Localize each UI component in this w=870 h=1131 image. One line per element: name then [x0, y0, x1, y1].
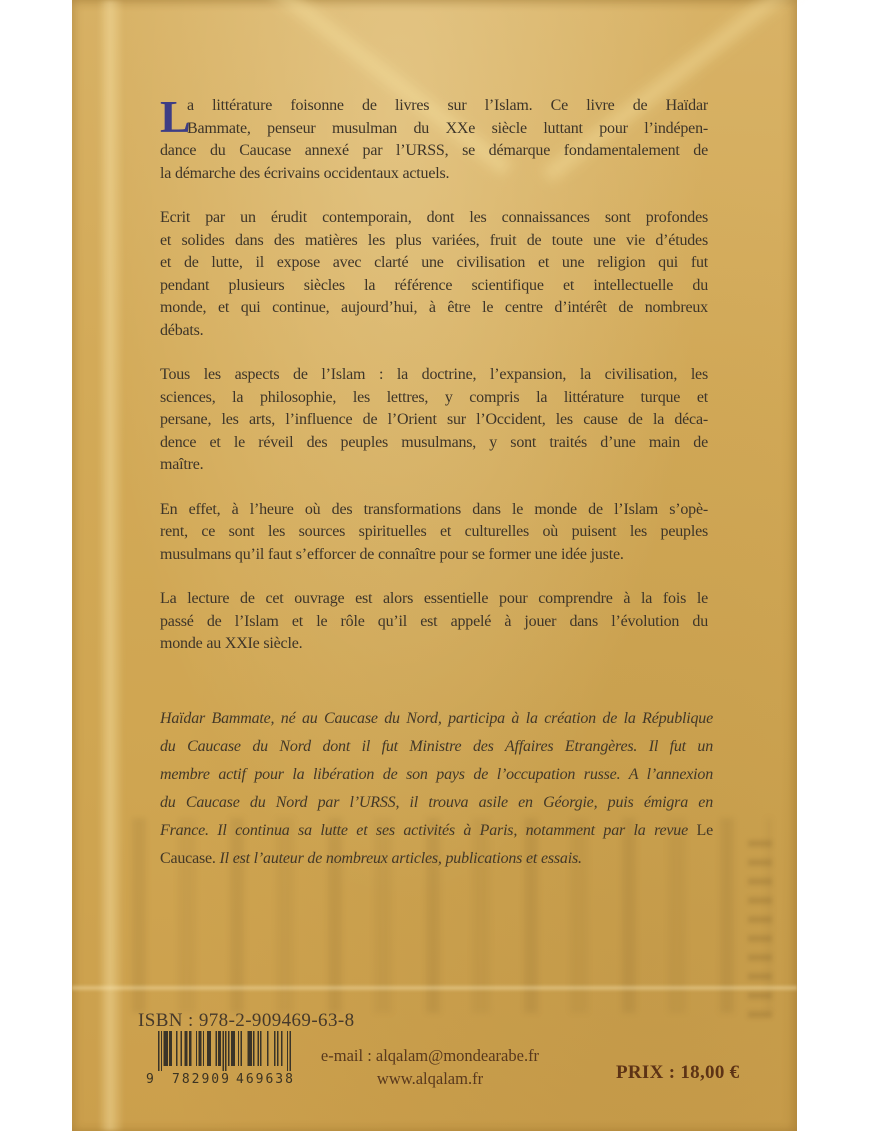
text-line: la démarche des écrivains occidentaux ac… — [160, 163, 708, 186]
paragraph: La littérature foisonne de livres sur l’… — [160, 95, 708, 185]
text-line: Bammate, penseur musulman du XXe siècle … — [160, 118, 708, 141]
paper-texture — [72, 984, 797, 992]
bio-italic-segment: Il est l’auteur de nombreux articles, pu… — [216, 850, 582, 867]
text-line: maître. — [160, 454, 708, 477]
text-line: En effet, à l’heure où des transformatio… — [160, 499, 708, 522]
text-line: et solides dans des matières les plus va… — [160, 230, 708, 253]
book-back-cover: La littérature foisonne de livres sur l’… — [72, 0, 797, 1131]
bio-line: membre actif pour la libération de son p… — [160, 761, 713, 789]
bio-italic-segment: du Caucase du Nord dont il fut Ministre … — [160, 738, 713, 755]
email-address: e-mail : alqalam@mondearabe.fr — [309, 1044, 551, 1067]
text-line: dence et le réveil des peuples musulmans… — [160, 432, 708, 455]
text-line: passé de l’Islam et le rôle qu’il est ap… — [160, 611, 708, 634]
text-line: rent, ce sont les sources spirituelles e… — [160, 521, 708, 544]
barcode-digit-first: 9 — [146, 1072, 156, 1087]
text-line: monde au XXIe siècle. — [160, 633, 708, 656]
website-url: www.alqalam.fr — [309, 1067, 551, 1090]
text-line: Ecrit par un érudit contemporain, dont l… — [160, 207, 708, 230]
bio-italic-segment: Haïdar Bammate, né au Caucase du Nord, p… — [160, 710, 713, 727]
paper-texture — [748, 838, 772, 1018]
text-line: monde, et qui continue, aujourd’hui, à ê… — [160, 297, 708, 320]
text-line: débats. — [160, 320, 708, 343]
text-line: et de lutte, il expose avec clarté une c… — [160, 252, 708, 275]
bio-italic-segment: du Caucase du Nord par l’URSS, il trouva… — [160, 794, 713, 811]
publisher-contact: e-mail : alqalam@mondearabe.fr www.alqal… — [309, 1044, 551, 1090]
text-line: persane, les arts, l’influence de l’Orie… — [160, 409, 708, 432]
bio-line: Haïdar Bammate, né au Caucase du Nord, p… — [160, 705, 713, 733]
text-line: sciences, la philosophie, les lettres, y… — [160, 387, 708, 410]
back-cover-text: La littérature foisonne de livres sur l’… — [160, 95, 708, 678]
text-line: pendant plusieurs siècles la référence s… — [160, 275, 708, 298]
bio-roman-segment: Caucase. — [160, 850, 216, 867]
barcode-digits-right: 469638 — [236, 1072, 295, 1087]
paragraph: En effet, à l’heure où des transformatio… — [160, 499, 708, 567]
paper-crease — [98, 0, 124, 1131]
bio-line: du Caucase du Nord dont il fut Ministre … — [160, 733, 713, 761]
bio-roman-segment: Le — [697, 822, 713, 839]
paragraph: Tous les aspects de l’Islam : la doctrin… — [160, 364, 708, 477]
barcode-bars — [158, 1031, 291, 1071]
text-line: Tous les aspects de l’Islam : la doctrin… — [160, 364, 708, 387]
bio-italic-segment: membre actif pour la libération de son p… — [160, 766, 713, 783]
text-line: a littérature foisonne de livres sur l’I… — [160, 95, 708, 118]
drop-cap: L — [160, 96, 187, 141]
text-line: musulmans qu’il faut s’efforcer de conna… — [160, 544, 708, 567]
bio-italic-segment: France. Il continua sa lutte et ses acti… — [160, 822, 697, 839]
barcode-digits-left: 782909 — [172, 1072, 231, 1087]
author-bio: Haïdar Bammate, né au Caucase du Nord, p… — [160, 705, 713, 873]
bio-line: France. Il continua sa lutte et ses acti… — [160, 817, 713, 845]
bio-line: Caucase. Il est l’auteur de nombreux art… — [160, 845, 713, 873]
text-line: La lecture de cet ouvrage est alors esse… — [160, 588, 708, 611]
isbn-label: ISBN : 978-2-909469-63-8 — [138, 1010, 354, 1032]
page: La littérature foisonne de livres sur l’… — [0, 0, 870, 1131]
paragraph: La lecture de cet ouvrage est alors esse… — [160, 588, 708, 656]
bio-line: du Caucase du Nord par l’URSS, il trouva… — [160, 789, 713, 817]
text-line: dance du Caucase annexé par l’URSS, se d… — [160, 140, 708, 163]
ean13-barcode: 9 782909 469638 — [146, 1031, 296, 1093]
price-label: PRIX : 18,00 € — [616, 1062, 739, 1084]
paragraph: Ecrit par un érudit contemporain, dont l… — [160, 207, 708, 342]
